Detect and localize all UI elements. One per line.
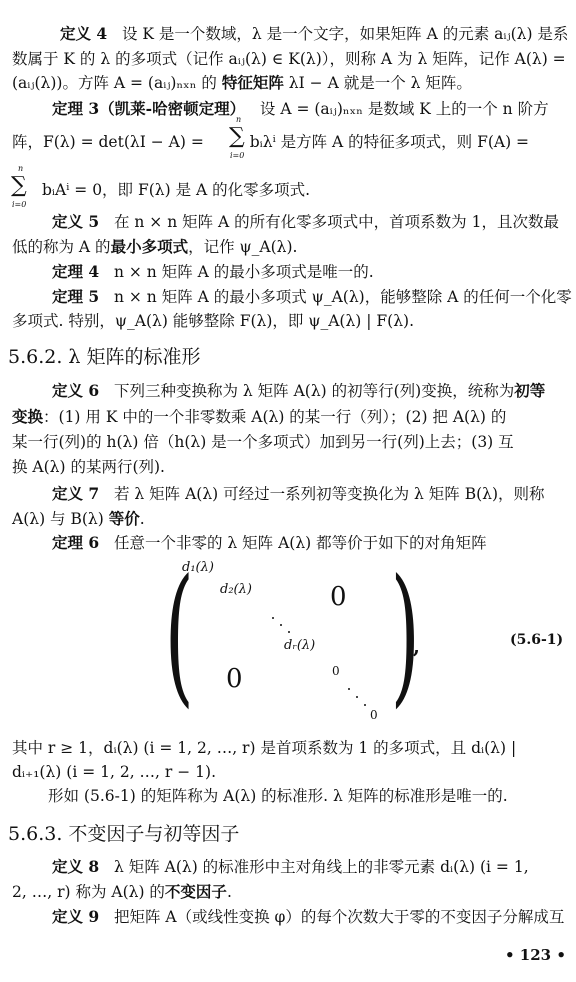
theorem-label: 定理 6 [52, 533, 99, 552]
text: 其中 r ≥ 1，dᵢ(λ) (i = 1, 2, …, r) 是首项系数为 1… [12, 739, 516, 757]
matrix-entry-d1: d₁(λ) [182, 560, 214, 575]
text: . [140, 510, 145, 528]
text: n × n 矩阵 A 的最小多项式是唯一的. [114, 263, 374, 281]
text: 在 n × n 矩阵 A 的所有化零多项式中，首项系数为 1，且次数最 [114, 213, 559, 231]
matrix-zero-lower: 0 [226, 664, 243, 694]
matrix-note-line-2: dᵢ₊₁(λ) (i = 1, 2, …, r − 1). [12, 762, 216, 782]
theorem-3-line-1: 定理 3（凯莱-哈密顿定理） 设 A = (aᵢⱼ)ₙₓₙ 是数域 K 上的一个… [52, 99, 549, 119]
definition-6-line-2: 变换：(1) 用 K 中的一个非零数乘 A(λ) 的某一行（列）；(2) 把 A… [12, 407, 506, 427]
text: n × n 矩阵 A 的最小多项式 ψ_A(λ)，能够整除 A 的任何一个化零 [114, 288, 572, 306]
text: bᵢλⁱ 是方阵 A 的特征多项式，则 F(A) = [250, 133, 529, 151]
text: ，记作 ψ_A(λ). [188, 238, 297, 256]
definition-label: 定义 5 [52, 212, 99, 231]
text: . [227, 883, 232, 901]
matrix-entry-d2: d₂(λ) [220, 582, 252, 597]
term-equivalent: 等价 [109, 509, 140, 528]
text: 设 K 是一个数域，λ 是一个文字，如果矩阵 A 的元素 aᵢⱼ(λ) 是系 [122, 25, 568, 43]
definition-4-line-1: 定义 4 设 K 是一个数域，λ 是一个文字，如果矩阵 A 的元素 aᵢⱼ(λ)… [60, 24, 568, 44]
text: 多项式. 特别，ψ_A(λ) 能够整除 F(λ)，即 ψ_A(λ) | F(λ)… [12, 312, 414, 330]
summation-symbol: ∑ [229, 126, 245, 148]
definition-label: 定义 7 [52, 484, 99, 503]
definition-6-line-4: 换 A(λ) 的某两行(列). [12, 457, 165, 477]
ellipsis-dot [364, 704, 366, 706]
text: λI − A 就是一个 λ 矩阵。 [289, 74, 472, 92]
ellipsis-dot [356, 696, 358, 698]
matrix-note-line-1: 其中 r ≥ 1，dᵢ(λ) (i = 1, 2, …, r) 是首项系数为 1… [12, 738, 516, 758]
term-elementary: 初等 [514, 381, 545, 400]
text: ：(1) 用 K 中的一个非零数乘 A(λ) 的某一行（列）；(2) 把 A(λ… [43, 408, 506, 426]
matrix-zero-upper: 0 [330, 582, 347, 612]
section-heading-5-6-3: 5.6.3. 不变因子与初等因子 [8, 822, 239, 846]
definition-label: 定义 9 [52, 907, 99, 926]
page-number: • 123 • [505, 946, 566, 964]
sum-lower-limit: i=0 [12, 201, 26, 209]
matrix-comma: , [413, 634, 420, 658]
section-heading-5-6-2: 5.6.2. λ 矩阵的标准形 [8, 345, 201, 369]
definition-4-line-3: (aᵢⱼ(λ))。方阵 A = (aᵢⱼ)ₙₓₙ 的 特征矩阵 λI − A 就… [12, 73, 472, 93]
text: (aᵢⱼ(λ))。方阵 A = (aᵢⱼ)ₙₓₙ 的 [12, 74, 217, 92]
equation-number: (5.6-1) [510, 632, 563, 648]
text: 数属于 K 的 λ 的多项式（记作 aᵢⱼ(λ) ∈ K(λ)），则称 A 为 … [12, 50, 566, 68]
theorem-5-line-1: 定理 5 n × n 矩阵 A 的最小多项式 ψ_A(λ)，能够整除 A 的任何… [52, 287, 572, 307]
text: 阵，F(λ) = det(λI − A) = [12, 133, 204, 151]
text: 低的称为 A 的 [12, 238, 111, 256]
text: 换 A(λ) 的某两行(列). [12, 458, 165, 476]
theorem-label: 定理 3（凯莱-哈密顿定理） [52, 99, 245, 118]
text: 把矩阵 A（或线性变换 φ）的每个次数大于零的不变因子分解成互 [114, 908, 564, 926]
theorem-5-line-2: 多项式. 特别，ψ_A(λ) 能够整除 F(λ)，即 ψ_A(λ) | F(λ)… [12, 311, 414, 331]
text: 下列三种变换称为 λ 矩阵 A(λ) 的初等行(列)变换，统称为 [114, 382, 514, 400]
sum-upper-limit: n [236, 116, 241, 124]
definition-8-line-2: 2, …, r) 称为 A(λ) 的不变因子. [12, 882, 232, 902]
ellipsis-dot [348, 688, 350, 690]
definition-8-line-1: 定义 8 λ 矩阵 A(λ) 的标准形中主对角线上的非零元素 dᵢ(λ) (i … [52, 857, 529, 877]
ellipsis-dot [280, 624, 282, 626]
definition-6-line-3: 某一行(列)的 h(λ) 倍（h(λ) 是一个多项式）加到另一行(列)上去；(3… [12, 432, 514, 452]
term-characteristic-matrix: 特征矩阵 [222, 73, 284, 92]
standard-form-line: 形如 (5.6-1) 的矩阵称为 A(λ) 的标准形. λ 矩阵的标准形是唯一的… [48, 786, 508, 806]
theorem-6-line: 定理 6 任意一个非零的 λ 矩阵 A(λ) 都等价于如下的对角矩阵 [52, 533, 487, 553]
text: 设 A = (aᵢⱼ)ₙₓₙ 是数域 K 上的一个 n 阶方 [260, 100, 549, 118]
definition-5-line-2: 低的称为 A 的最小多项式，记作 ψ_A(λ). [12, 237, 297, 257]
text: 2, …, r) 称为 A(λ) 的 [12, 883, 165, 901]
theorem-3-line-2: 阵，F(λ) = det(λI − A) = bᵢλⁱ 是方阵 A 的特征多项式… [12, 132, 529, 152]
term-minimal-polynomial: 最小多项式 [111, 237, 189, 256]
sum-lower-limit: i=0 [230, 152, 244, 160]
summation-symbol: ∑ [11, 175, 27, 197]
ellipsis-dot [272, 617, 274, 619]
theorem-label: 定理 4 [52, 262, 99, 281]
definition-7-line-2: A(λ) 与 B(λ) 等价. [12, 509, 145, 529]
matrix-entry-dr: dᵣ(λ) [284, 638, 315, 653]
definition-5-line-1: 定义 5 在 n × n 矩阵 A 的所有化零多项式中，首项系数为 1，且次数最 [52, 212, 559, 232]
definition-label: 定义 4 [60, 24, 107, 43]
matrix-zero-small: 0 [332, 664, 340, 678]
theorem-label: 定理 5 [52, 287, 99, 306]
text: λ 矩阵 A(λ) 的标准形中主对角线上的非零元素 dᵢ(λ) (i = 1, [114, 858, 529, 876]
term-transformation: 变换 [12, 407, 43, 426]
diagonal-matrix: ( ) d₁(λ) d₂(λ) 0 dᵣ(λ) 0 0 0 [178, 560, 398, 725]
definition-label: 定义 8 [52, 857, 99, 876]
ellipsis-dot [288, 631, 290, 633]
sum-upper-limit: n [18, 165, 23, 173]
text: bᵢAⁱ = 0，即 F(λ) 是 A 的化零多项式. [42, 181, 310, 199]
definition-6-line-1: 定义 6 下列三种变换称为 λ 矩阵 A(λ) 的初等行(列)变换，统称为初等 [52, 381, 545, 401]
theorem-3-line-3: bᵢAⁱ = 0，即 F(λ) 是 A 的化零多项式. [42, 180, 310, 200]
definition-7-line-1: 定义 7 若 λ 矩阵 A(λ) 可经过一系列初等变换化为 λ 矩阵 B(λ)，… [52, 484, 545, 504]
definition-label: 定义 6 [52, 381, 99, 400]
text: 若 λ 矩阵 A(λ) 可经过一系列初等变换化为 λ 矩阵 B(λ)，则称 [114, 485, 545, 503]
term-invariant-factor: 不变因子 [165, 882, 227, 901]
text: A(λ) 与 B(λ) [12, 510, 104, 528]
text: 某一行(列)的 h(λ) 倍（h(λ) 是一个多项式）加到另一行(列)上去；(3… [12, 433, 514, 451]
left-paren: ( [165, 560, 194, 710]
theorem-4-line: 定理 4 n × n 矩阵 A 的最小多项式是唯一的. [52, 262, 374, 282]
text: 形如 (5.6-1) 的矩阵称为 A(λ) 的标准形. λ 矩阵的标准形是唯一的… [48, 787, 508, 805]
text: dᵢ₊₁(λ) (i = 1, 2, …, r − 1). [12, 763, 216, 781]
definition-4-line-2: 数属于 K 的 λ 的多项式（记作 aᵢⱼ(λ) ∈ K(λ)），则称 A 为 … [12, 49, 566, 69]
definition-9-line-1: 定义 9 把矩阵 A（或线性变换 φ）的每个次数大于零的不变因子分解成互 [52, 907, 564, 927]
matrix-zero-small: 0 [370, 708, 378, 722]
